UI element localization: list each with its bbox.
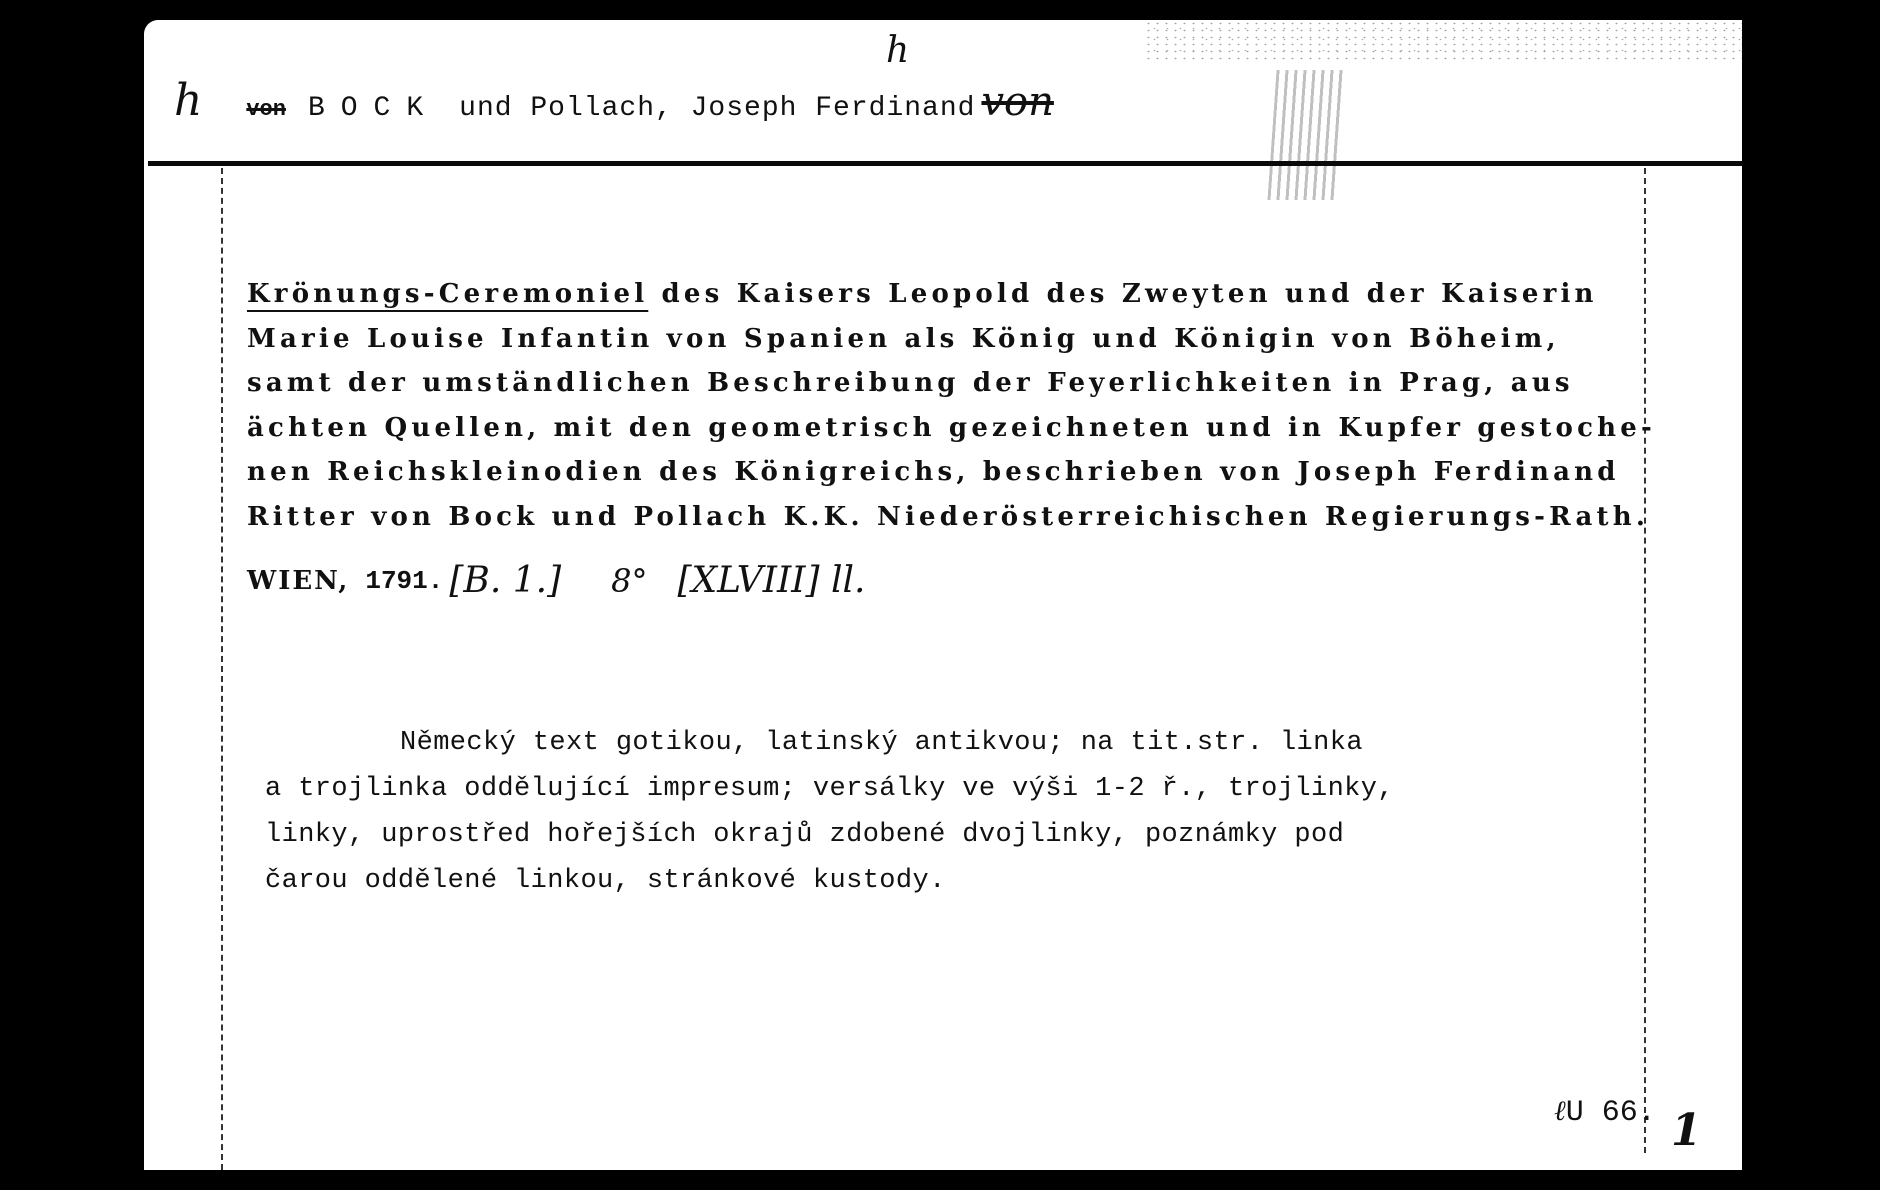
description-line: a trojlinka oddělující impresum; versálk… (265, 766, 1625, 812)
main-title: Krönungs-Ceremoniel (247, 279, 648, 309)
handwritten-suffix: von (981, 79, 1053, 125)
book-format: 8° (611, 562, 647, 600)
title-line: Krönungs-Ceremoniel des Kaisers Leopold … (247, 272, 1647, 317)
heading-rule (148, 161, 1742, 166)
author-surname: BOCK (308, 93, 439, 124)
card-heading: h von BOCK und Pollach, Joseph Ferdinand… (174, 75, 1054, 126)
handwritten-note-2: [XLVIII] ll. (678, 560, 866, 601)
imprint-place: WIEN, (247, 566, 349, 596)
title-line: samt der umständlichen Beschreibung der … (247, 361, 1647, 406)
handwritten-mark: h (174, 75, 202, 126)
title-line: nen Reichskleinodien des Königreichs, be… (247, 450, 1647, 495)
author-given-names: und Pollach, Joseph Ferdinand (459, 93, 975, 124)
imprint-line: WIEN, 1791. [B. 1.] 8° [XLVIII] ll. (247, 560, 865, 601)
description-line: čarou oddělené linkou, stránkové kustody… (265, 858, 1625, 904)
shelfmark-value: U 66. (1566, 1096, 1656, 1130)
shelfmark: ℓU 66. (1482, 1060, 1656, 1164)
ink-smudge (1267, 70, 1346, 200)
physical-description: Německý text gotikou, latinský antikvou;… (265, 720, 1625, 904)
left-margin-line (221, 168, 223, 1170)
shelfmark-hand-prefix: ℓ (1554, 1094, 1566, 1127)
title-line: Ritter von Bock und Pollach K.K. Niederö… (247, 495, 1647, 540)
scan-noise (1144, 20, 1744, 60)
card-number: 1 (1671, 1105, 1702, 1156)
catalog-card: h h von BOCK und Pollach, Joseph Ferdina… (144, 20, 1742, 1170)
imprint-year: 1791. (365, 566, 443, 596)
title-line: ächten Quellen, mit den geometrisch geze… (247, 406, 1647, 451)
handwritten-correction: h (886, 30, 909, 71)
title-line-rest: des Kaisers Leopold des Zweyten und der … (648, 279, 1597, 309)
title-line: Marie Louise Infantin von Spanien als Kö… (247, 317, 1647, 362)
title-block: Krönungs-Ceremoniel des Kaisers Leopold … (247, 272, 1647, 539)
struck-prefix: von (246, 97, 286, 122)
handwritten-note-1: [B. 1.] (449, 560, 561, 601)
description-line: Německý text gotikou, latinský antikvou;… (265, 720, 1625, 766)
description-line: linky, uprostřed hořejších okrajů zdoben… (265, 812, 1625, 858)
